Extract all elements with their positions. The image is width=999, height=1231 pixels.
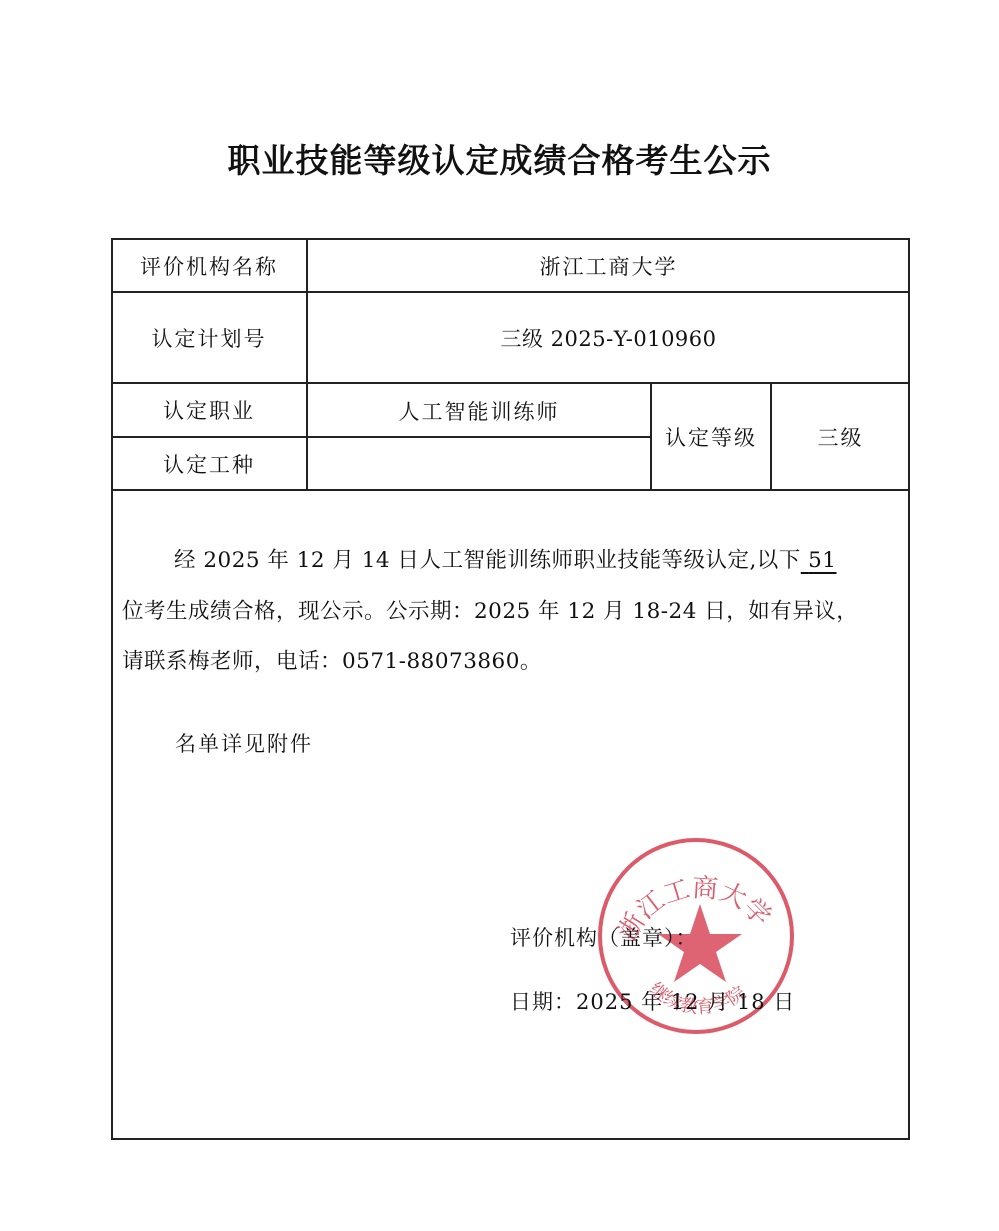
attachment-note: 名单详见附件 [175,728,313,758]
org-stamp-label: 评价机构（盖章）： [510,922,698,952]
body-line-1-text: 经 2025 年 12 月 14 日人工智能训练师职业技能等级认定,以下 [174,548,801,573]
org-name-label: 评价机构名称 [112,240,306,291]
level-label: 认定等级 [652,384,770,489]
passed-count-value: 51 [808,548,836,573]
page-title: 职业技能等级认定成绩合格考生公示 [0,135,999,182]
plan-number-value: 三级 2025-Y-010960 [308,293,909,382]
passed-count: 51 [801,548,837,573]
occupation-label: 认定职业 [112,384,306,436]
job-type-label: 认定工种 [112,438,306,489]
body-line-2: 位考生成绩合格，现公示。公示期：2025 年 12 月 18-24 日，如有异议… [122,583,907,640]
occupation-value: 人工智能训练师 [308,384,650,436]
body-line-3: 请联系梅老师，电话：0571-88073860。 [122,633,907,690]
org-name-value: 浙江工商大学 [308,240,909,291]
body-line-1: 经 2025 年 12 月 14 日人工智能训练师职业技能等级认定,以下 51 [122,532,907,589]
job-type-value [308,438,650,489]
date-label: 日期：2025 年 12 月 18 日 [510,986,795,1016]
plan-number-label: 认定计划号 [112,293,306,382]
row-divider [111,489,910,491]
level-value: 三级 [772,384,909,489]
